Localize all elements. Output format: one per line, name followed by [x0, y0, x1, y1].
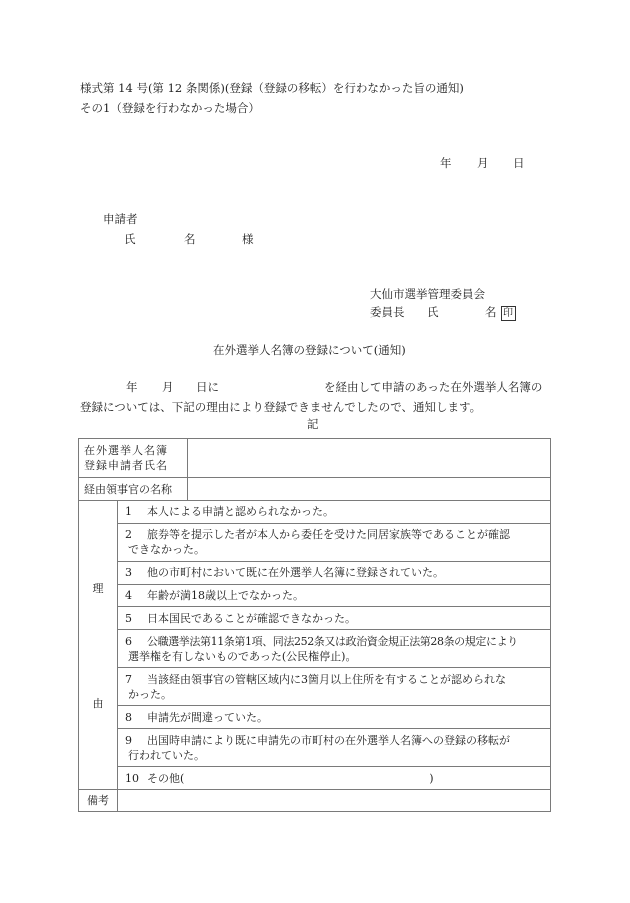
reason-6[interactable]: 6公職選挙法第11条第1項、同法252条又は政治資金規正法第28条の規定により …	[118, 630, 551, 668]
reason-2[interactable]: 2旅券等を提示した者が本人から委任を受けた同居家族等であることが確認 できなかっ…	[118, 523, 551, 561]
reason-text-continued: できなかった。	[125, 542, 545, 557]
issuer-chairman-line: 委員長氏名印	[370, 304, 516, 321]
reason-number: 10	[125, 771, 147, 786]
body-year: 年	[126, 377, 162, 397]
reason-row: 8申請先が間違っていた。	[79, 706, 551, 729]
date-year-label: 年	[440, 155, 477, 171]
reason-text: 公職選挙法第11条第1項、同法252条又は政治資金規正法第28条の規定により	[147, 635, 518, 648]
reason-1[interactable]: 1本人による申請と認められなかった。	[118, 501, 551, 524]
reason-number: 5	[125, 611, 147, 626]
reason-text: 日本国民であることが確認できなかった。	[147, 612, 356, 625]
ki-heading: 記	[307, 416, 319, 432]
reason-label-yu: 由	[79, 696, 117, 711]
applicant-name-label-line1: 在外選挙人名簿	[84, 443, 182, 458]
reason-row: 10その他()	[79, 767, 551, 790]
applicant-name-label-2: 名	[184, 231, 242, 247]
reason-row: 5日本国民であることが確認できなかった。	[79, 607, 551, 630]
reason-row: 3他の市町村において既に在外選挙人名簿に登録されていた。	[79, 561, 551, 584]
reason-number: 8	[125, 710, 147, 725]
body-line1-rest: を経由して申請のあった在外選挙人名簿の	[324, 377, 542, 397]
applicant-name-label-line2: 登録申請者氏名	[84, 458, 182, 473]
date-day-label: 日	[513, 155, 525, 171]
body-line-1: 年月日にを経由して申請のあった在外選挙人名簿の	[80, 377, 550, 397]
reason-number: 4	[125, 588, 147, 603]
body-day: 日に	[196, 377, 324, 397]
issuer-name-label-1: 氏	[427, 304, 485, 320]
issuer-title: 委員長	[370, 304, 427, 320]
reason-text-continued: かった。	[125, 687, 545, 702]
remarks-value[interactable]	[118, 790, 551, 812]
reason-row: 6公職選挙法第11条第1項、同法252条又は政治資金規正法第28条の規定により …	[79, 630, 551, 668]
reason-text: 当該経由領事官の管轄区域内に3箇月以上住所を有することが認められな	[147, 673, 506, 686]
applicant-name-label-1: 氏	[124, 231, 184, 247]
reason-number: 2	[125, 527, 147, 542]
consul-row: 経由領事官の名称	[79, 478, 551, 501]
applicant-label: 申請者	[103, 211, 138, 227]
applicant-name-row: 在外選挙人名簿 登録申請者氏名	[79, 439, 551, 478]
reason-label-ri: 理	[79, 581, 117, 596]
reason-text: その他(	[147, 772, 184, 785]
applicant-name-value[interactable]	[188, 439, 551, 478]
date-month-label: 月	[477, 155, 513, 171]
issue-date: 年月日	[440, 155, 525, 171]
reason-text: 年齢が満18歳以上でなかった。	[147, 589, 304, 602]
form-header-line2: その1（登録を行わなかった場合）	[80, 98, 464, 118]
reason-number: 6	[125, 634, 147, 649]
applicant-honorific: 様	[242, 231, 254, 247]
reason-table: 在外選挙人名簿 登録申請者氏名 経由領事官の名称 理 由 1本人による申請と認め…	[78, 438, 551, 812]
reason-7[interactable]: 7当該経由領事官の管轄区域内に3箇月以上住所を有することが認められな かった。	[118, 668, 551, 706]
reason-number: 7	[125, 672, 147, 687]
reason-text: 申請先が間違っていた。	[147, 711, 268, 724]
reason-4[interactable]: 4年齢が満18歳以上でなかった。	[118, 584, 551, 607]
reason-row: 9出国時申請により既に申請先の市町村の在外選挙人名簿への登録の移転が 行われてい…	[79, 729, 551, 767]
body-paragraph: 年月日にを経由して申請のあった在外選挙人名簿の 登録については、下記の理由により…	[80, 377, 550, 417]
issuer-organization: 大仙市選挙管理委員会	[370, 286, 485, 302]
remarks-row: 備考	[79, 790, 551, 812]
form-header: 様式第 14 号(第 12 条関係)(登録（登録の移転）を行わなかった旨の通知)…	[80, 78, 464, 118]
reason-9[interactable]: 9出国時申請により既に申請先の市町村の在外選挙人名簿への登録の移転が 行われてい…	[118, 729, 551, 767]
document-title: 在外選挙人名簿の登録について(通知)	[213, 342, 406, 358]
reason-8[interactable]: 8申請先が間違っていた。	[118, 706, 551, 729]
reason-other-close-paren: )	[429, 772, 433, 785]
reason-side-label: 理 由	[79, 501, 118, 790]
reason-number: 1	[125, 504, 147, 519]
reason-row: 7当該経由領事官の管轄区域内に3箇月以上住所を有することが認められな かった。	[79, 668, 551, 706]
reason-3[interactable]: 3他の市町村において既に在外選挙人名簿に登録されていた。	[118, 561, 551, 584]
reason-row: 理 由 1本人による申請と認められなかった。	[79, 501, 551, 524]
reason-10[interactable]: 10その他()	[118, 767, 551, 790]
consul-label-cell: 経由領事官の名称	[79, 478, 188, 501]
body-month: 月	[162, 377, 196, 397]
applicant-name-line: 氏名様	[124, 231, 254, 247]
reason-text: 出国時申請により既に申請先の市町村の在外選挙人名簿への登録の移転が	[147, 734, 510, 747]
seal-box: 印	[501, 306, 516, 321]
reason-row: 2旅券等を提示した者が本人から委任を受けた同居家族等であることが確認 できなかっ…	[79, 523, 551, 561]
form-header-line1: 様式第 14 号(第 12 条関係)(登録（登録の移転）を行わなかった旨の通知)	[80, 78, 464, 98]
reason-number: 9	[125, 733, 147, 748]
body-line-2: 登録については、下記の理由により登録できませんでしたので、通知します。	[80, 397, 550, 417]
reason-text-continued: 行われていた。	[125, 748, 545, 763]
reason-5[interactable]: 5日本国民であることが確認できなかった。	[118, 607, 551, 630]
applicant-name-label-cell: 在外選挙人名簿 登録申請者氏名	[79, 439, 188, 478]
remarks-label: 備考	[79, 790, 118, 812]
reason-text-continued: 選挙権を有しないものであった(公民権停止)。	[125, 649, 545, 664]
reason-text: 本人による申請と認められなかった。	[147, 505, 334, 518]
reason-row: 4年齢が満18歳以上でなかった。	[79, 584, 551, 607]
reason-text: 他の市町村において既に在外選挙人名簿に登録されていた。	[147, 566, 444, 579]
reason-number: 3	[125, 565, 147, 580]
issuer-name-label-2: 名	[485, 304, 497, 320]
consul-value[interactable]	[188, 478, 551, 501]
reason-text: 旅券等を提示した者が本人から委任を受けた同居家族等であることが確認	[147, 528, 510, 541]
